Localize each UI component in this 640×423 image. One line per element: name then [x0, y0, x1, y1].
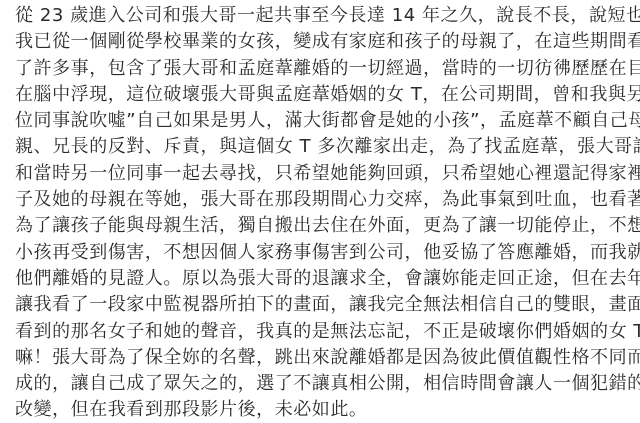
- text-line: 子及她的母親在等她，張大哥在那段期間心力交瘁，為此事氣到吐血，也看著他: [15, 187, 635, 213]
- text-line: 成的，讓自己成了眾矢之的，選了不讓真相公開，相信時間會讓人一個犯錯的人: [15, 371, 635, 397]
- text-line: 從 23 歲進入公司和張大哥一起共事至今長達 14 年之久，說長不長，說短也不短…: [15, 3, 635, 29]
- text-line: 在腦中浮現，這位破壞張大哥與孟庭葦婚姻的女 T，在公司期間，曾和我與另一: [15, 82, 635, 108]
- document-body: 從 23 歲進入公司和張大哥一起共事至今長達 14 年之久，說長不長，說短也不短…: [15, 3, 635, 423]
- text-line: 看到的那名女子和她的聲音，我真的是無法忘記，不正是破壞你們婚姻的女 T: [15, 319, 635, 345]
- text-line: 讓我看了一段家中監視器所拍下的畫面，讓我完全無法相信自己的雙眼，畫面中: [15, 292, 635, 318]
- text-line: 為了讓孩子能與母親生活，獨自搬出去住在外面，更為了讓一切能停止，不想讓: [15, 213, 635, 239]
- text-line: 他們離婚的見證人。原以為張大哥的退讓求全，會讓妳能走回正途，但在去年他: [15, 266, 635, 292]
- text-line: 小孩再受到傷害，不想因個人家務事傷害到公司，他妥協了答應離婚，而我就是: [15, 240, 635, 266]
- text-line: 改變，但在我看到那段影片後，未必如此。: [15, 397, 635, 423]
- text-line: 了許多事，包含了張大哥和孟庭葦離婚的一切經過，當時的一切彷彿歷歷在目，: [15, 56, 635, 82]
- text-line: 我已從一個剛從學校畢業的女孩，變成有家庭和孩子的母親了，在這些期間看到: [15, 29, 635, 55]
- text-line: 嘛！張大哥為了保全妳的名聲，跳出來說離婚都是因為彼此價值觀性格不同而造: [15, 345, 635, 371]
- text-line: 位同事說吹噓”自己如果是男人，滿大街都會是她的小孩”，孟庭葦不顧自己母: [15, 108, 635, 134]
- text-line: 親、兄長的反對、斥責，與這個女 T 多次離家出走，為了找孟庭葦，張大哥請我: [15, 134, 635, 160]
- text-line: 和當時另一位同事一起去尋找，只希望她能夠回頭，只希望她心裡還記得家裡孩: [15, 161, 635, 187]
